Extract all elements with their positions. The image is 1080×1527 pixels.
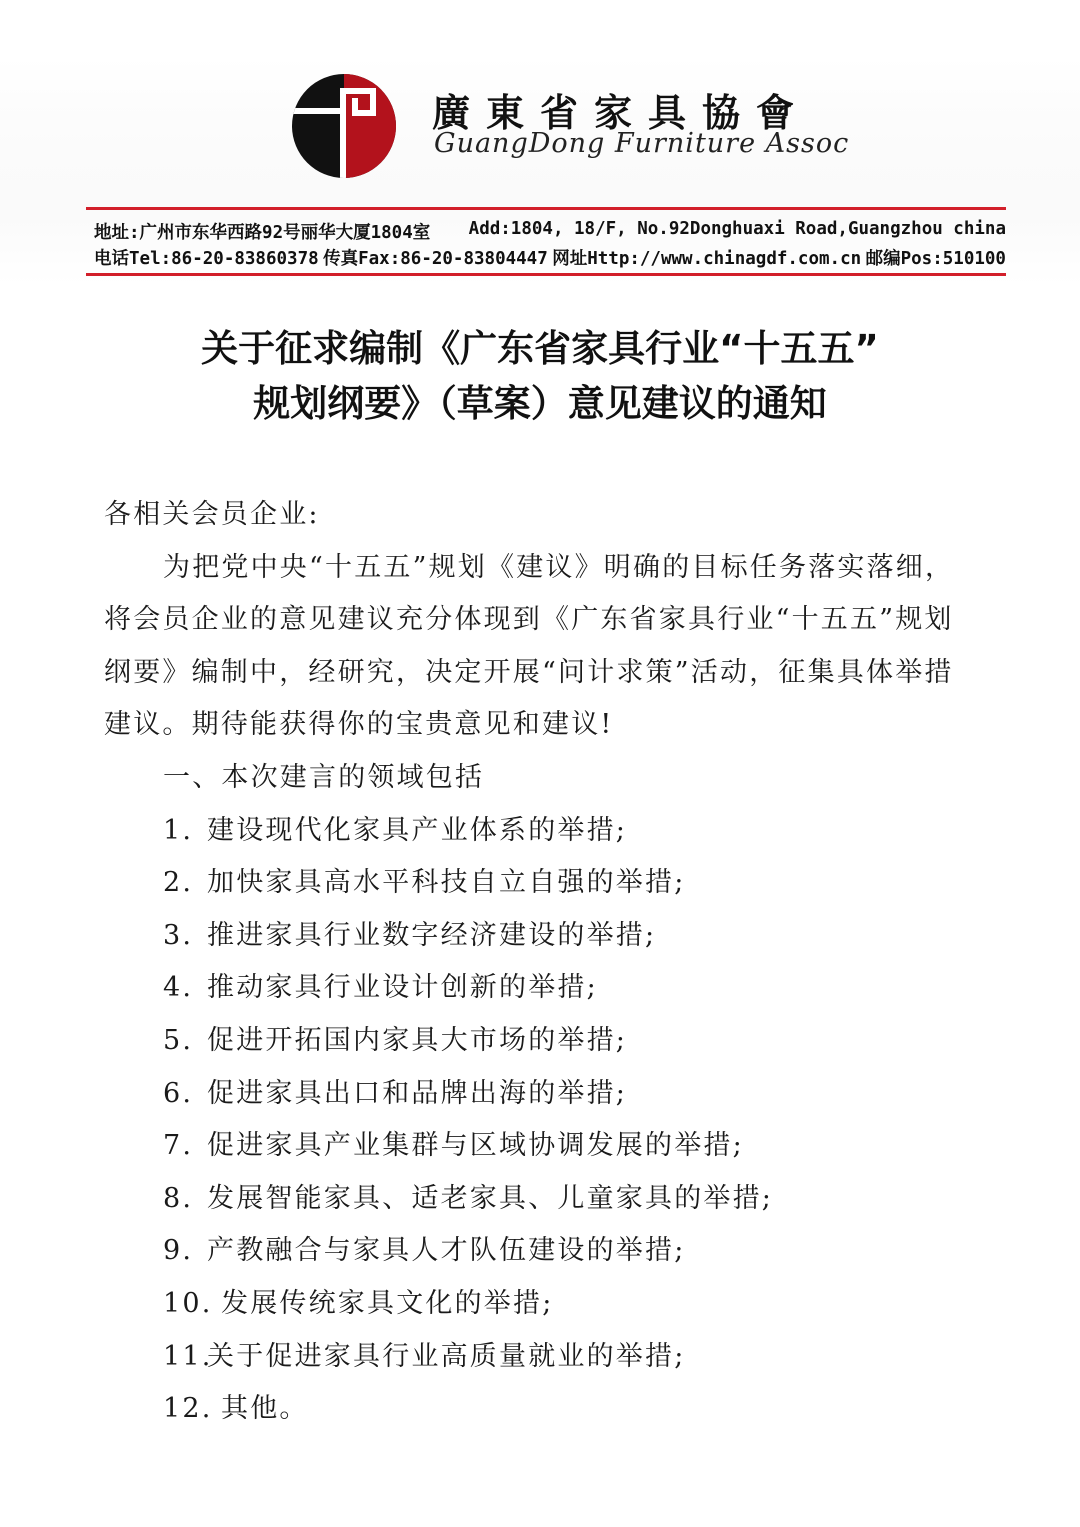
- list-item-number: 8.: [163, 1183, 207, 1214]
- letterhead-bottom-rule: [86, 273, 1006, 276]
- logo-white-inner-bar: [352, 98, 358, 116]
- salutation: 各相关会员企业:: [104, 492, 320, 531]
- list-item-text: 推进家具行业数字经济建设的举措;: [207, 920, 656, 951]
- list-item: 12.其他。: [163, 1386, 309, 1425]
- list-item: 10.发展传统家具文化的举措;: [163, 1281, 554, 1320]
- list-item: 5.促进开拓国内家具大市场的举措;: [163, 1018, 627, 1057]
- list-item-text: 推动家具行业设计创新的举措;: [207, 972, 598, 1003]
- paragraph-line: 将会员企业的意见建议充分体现到《广东省家具行业“十五五”规划: [104, 597, 954, 636]
- list-item-text: 发展传统家具文化的举措;: [221, 1288, 554, 1319]
- list-item-number: 1.: [163, 815, 207, 846]
- list-item: 2.加快家具高水平科技自立自强的举措;: [163, 860, 686, 899]
- fax: 传真Fax:86-20-83804447: [323, 245, 548, 270]
- contact-line-address: 地址:广州市东华西路92号丽华大厦1804室 Add:1804, 18/F, N…: [94, 219, 1006, 244]
- website: 网址Http://www.chinagdf.com.cn: [552, 245, 861, 270]
- list-item-number: 2.: [163, 867, 207, 898]
- notice-title-line-1: 关于征求编制《广东省家具行业“十五五”: [0, 318, 1080, 372]
- section-heading: 一、本次建言的领域包括: [163, 755, 484, 794]
- list-item: 9.产教融合与家具人才队伍建设的举措;: [163, 1228, 686, 1267]
- paragraph-line: 为把党中央“十五五”规划《建议》明确的目标任务落实落细，: [163, 545, 954, 584]
- document-page: 廣東省家具協會 GuangDong Furniture Assoc 地址:广州市…: [0, 0, 1080, 1527]
- list-item-text: 产教融合与家具人才队伍建设的举措;: [207, 1235, 686, 1266]
- list-item-number: 9.: [163, 1235, 207, 1266]
- list-item-text: 促进家具出口和品牌出海的举措;: [207, 1078, 627, 1109]
- list-item: 1.建设现代化家具产业体系的举措;: [163, 808, 627, 847]
- list-item: 7.促进家具产业集群与区域协调发展的举措;: [163, 1123, 744, 1162]
- paragraph-line: 建议。期待能获得你的宝贵意见和建议!: [104, 702, 613, 741]
- gdfa-logo-icon: [292, 74, 396, 178]
- list-item-text: 促进开拓国内家具大市场的举措;: [207, 1025, 627, 1056]
- org-name-english: GuangDong Furniture Assoc: [434, 128, 849, 159]
- list-item: 11.关于促进家具行业高质量就业的举措;: [163, 1334, 686, 1373]
- list-item-text: 其他。: [221, 1393, 309, 1424]
- logo-white-horizontal-bar: [292, 108, 344, 114]
- list-item-text: 促进家具产业集群与区域协调发展的举措;: [207, 1130, 744, 1161]
- list-item-text: 加快家具高水平科技自立自强的举措;: [207, 867, 686, 898]
- list-item-number: 12.: [163, 1393, 221, 1424]
- list-item-number: 6.: [163, 1078, 207, 1109]
- list-item-number: 7.: [163, 1130, 207, 1161]
- logo-white-vertical-bar: [340, 92, 346, 178]
- address-chinese: 地址:广州市东华西路92号丽华大厦1804室: [94, 219, 430, 244]
- list-item: 8.发展智能家具、适老家具、儿童家具的举措;: [163, 1176, 773, 1215]
- list-item-number: 3.: [163, 920, 207, 951]
- contact-line-phone: 电话Tel:86-20-83860378 传真Fax:86-20-8380444…: [94, 245, 1006, 270]
- list-item-text: 关于促进家具行业高质量就业的举措;: [207, 1341, 686, 1372]
- paragraph-line: 纲要》编制中，经研究，决定开展“问计求策”活动，征集具体举措: [104, 650, 954, 689]
- list-item: 3.推进家具行业数字经济建设的举措;: [163, 913, 656, 952]
- list-item-text: 发展智能家具、适老家具、儿童家具的举措;: [207, 1183, 773, 1214]
- notice-title-line-2: 规划纲要》（草案）意见建议的通知: [0, 373, 1080, 427]
- list-item-number: 11.: [163, 1341, 207, 1372]
- telephone: 电话Tel:86-20-83860378: [94, 245, 319, 270]
- list-item-text: 建设现代化家具产业体系的举措;: [207, 815, 627, 846]
- postcode: 邮编Pos:510100: [866, 245, 1006, 270]
- letterhead-top-rule: [86, 207, 1006, 210]
- list-item-number: 5.: [163, 1025, 207, 1056]
- address-english: Add:1804, 18/F, No.92Donghuaxi Road,Guan…: [469, 219, 1006, 244]
- list-item: 4.推动家具行业设计创新的举措;: [163, 965, 598, 1004]
- list-item: 6.促进家具出口和品牌出海的举措;: [163, 1071, 627, 1110]
- list-item-number: 10.: [163, 1288, 221, 1319]
- list-item-number: 4.: [163, 972, 207, 1003]
